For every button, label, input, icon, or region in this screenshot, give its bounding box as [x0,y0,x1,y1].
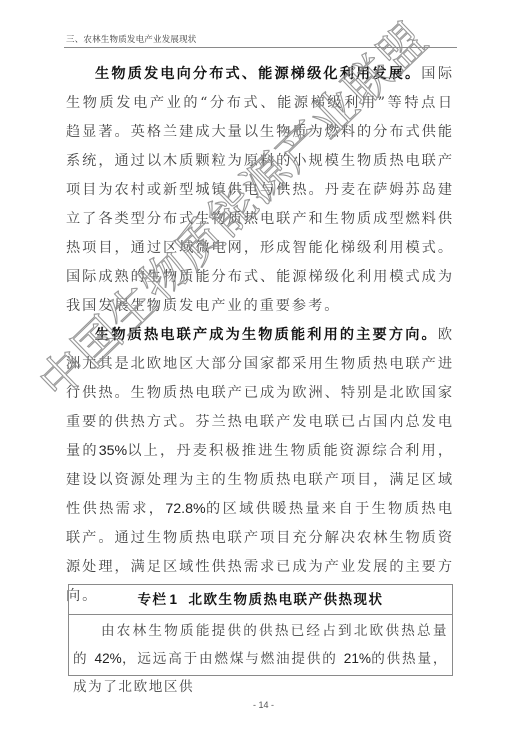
statistic-value: 72.8% [165,501,205,517]
column-label: 专栏 [137,592,167,608]
page-number: - 14 - [0,700,527,710]
column-box: 专栏1北欧生物质热电联产供热现状 由农林生物质能提供的供热已经占到北欧供热总量的… [68,584,453,676]
statistic-value: 21% [344,651,371,666]
paragraph-lead-heading: 生物质热电联产成为生物质能利用的主要方向。 [95,327,438,343]
section-title: 三、农林生物质发电产业发展现状 [66,33,197,45]
column-box-body: 由农林生物质能提供的供热已经占到北欧供热总量的 42%，远远高于由燃煤与燃油提供… [69,615,452,701]
paragraph-distributed-generation: 生物质发电向分布式、能源梯级化利用发展。国际生物质发电产业的“分布式、能源梯级利… [66,60,454,321]
statistic-value: 42% [95,651,122,666]
paragraph-lead-heading: 生物质发电向分布式、能源梯级化利用发展。 [95,66,421,82]
body-text: 生物质发电向分布式、能源梯级化利用发展。国际生物质发电产业的“分布式、能源梯级利… [66,60,454,611]
paragraph-text: 国际生物质发电产业的“分布式、能源梯级利用”等特点日趋显著。英格兰建成大量以生物… [66,66,454,314]
paragraph-text: 欧洲尤其是北欧地区大部分国家都采用生物质热电联产进行供热。生物质热电联产已成为欧… [66,327,454,459]
statistic-value: 35% [99,443,127,459]
document-page: 三、农林生物质发电产业发展现状 生物质发电向分布式、能源梯级化利用发展。国际生物… [0,0,527,745]
column-body-text: ，远远高于由燃煤与燃油提供的 [122,651,344,667]
column-number: 1 [169,592,178,607]
column-box-title: 专栏1北欧生物质热电联产供热现状 [69,585,452,615]
column-title-text: 北欧生物质热电联产供热现状 [189,592,384,608]
paragraph-chp-direction: 生物质热电联产成为生物质能利用的主要方向。欧洲尤其是北欧地区大部分国家都采用生物… [66,321,454,611]
running-header: 三、农林生物质发电产业发展现状 [64,33,457,48]
